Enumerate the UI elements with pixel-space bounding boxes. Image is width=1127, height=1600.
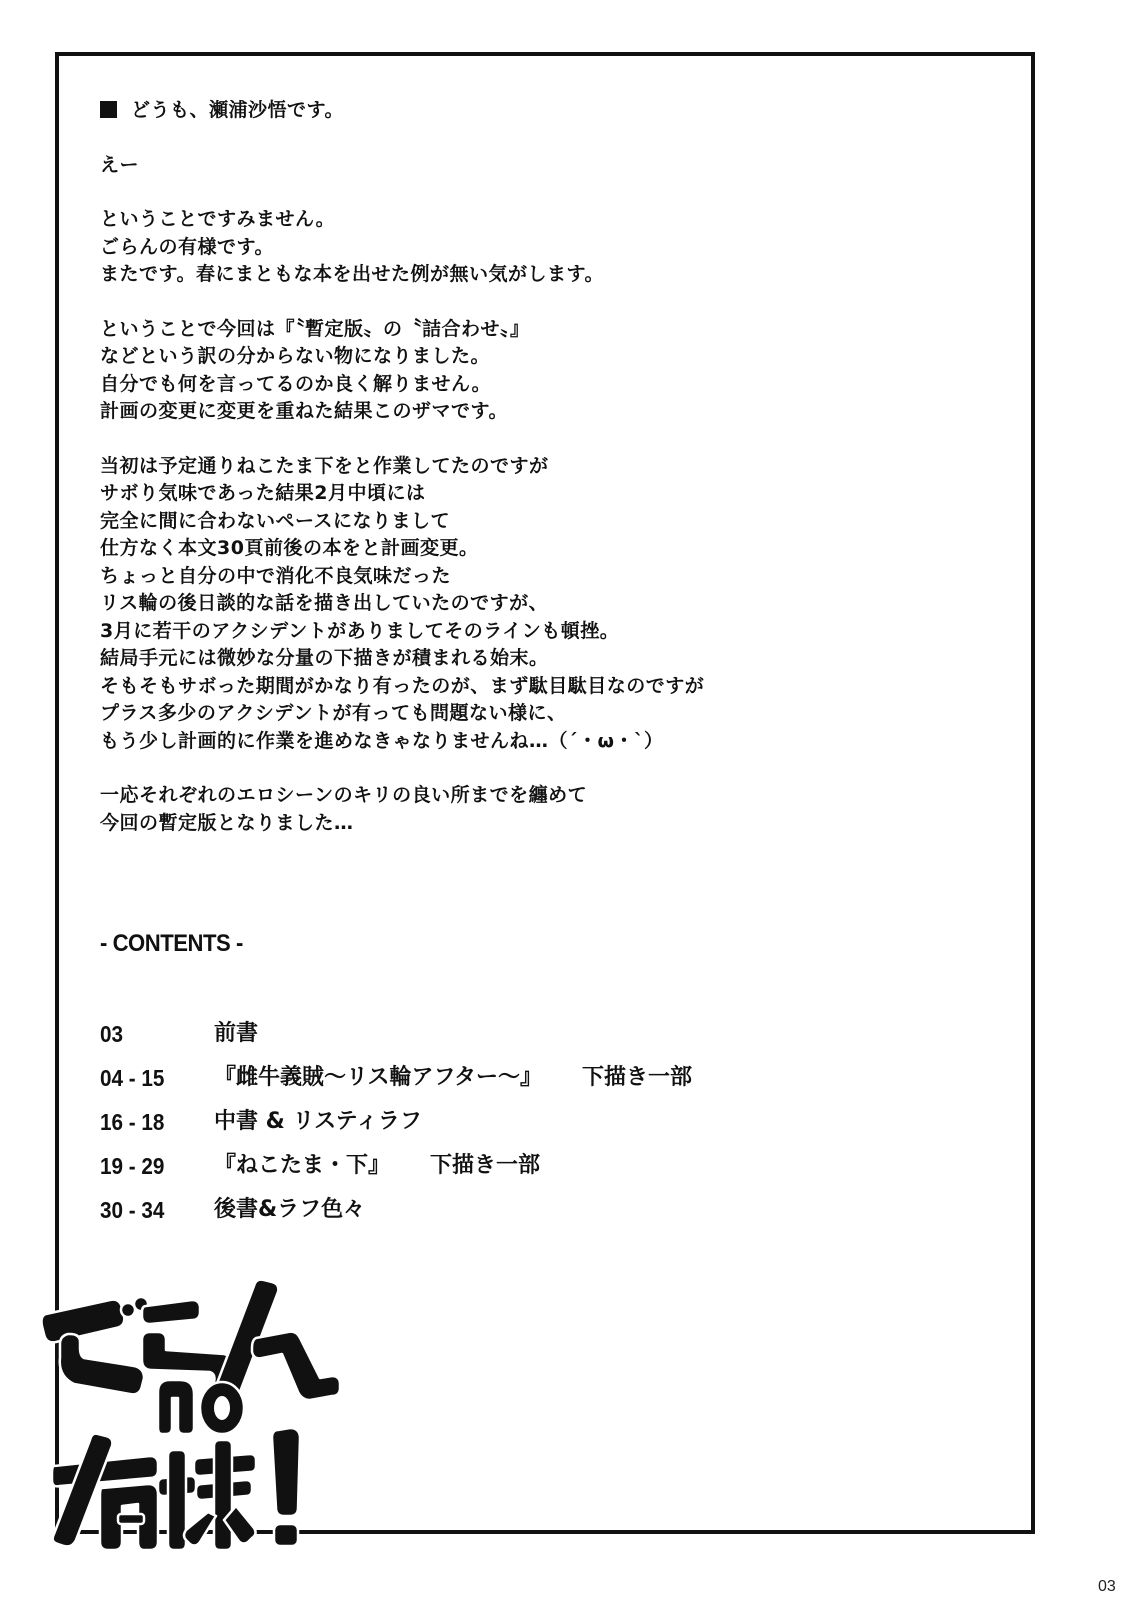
preface-line: 自分でも何を言ってるのか良く解りません。: [100, 371, 1000, 399]
preface-line: またです。春にまともな本を出せた例が無い気がします。: [100, 261, 1000, 289]
contents-title: - CONTENTS -: [100, 930, 243, 958]
preface-line: そもそもサボった期間がかなり有ったのが、まず駄目駄目なのですが: [100, 673, 1000, 701]
toc-entry-title: 中書 & リスティラフ: [214, 1109, 422, 1134]
preface-line: ちょっと自分の中で消化不良気味だった: [100, 563, 1000, 591]
preface-line: 結局手元には微妙な分量の下描きが積まれる始末。: [100, 645, 1000, 673]
preface-text: どうも、瀬浦沙悟です。 えーということですみません。ごらんの有様です。またです。…: [100, 97, 1000, 837]
preface-line: ごらんの有様です。: [100, 234, 1000, 262]
toc-title-group: 『ねこたま・下』下描き一部: [214, 1144, 540, 1188]
preface-paragraph: ということですみません。ごらんの有様です。またです。春にまともな本を出せた例が無…: [100, 206, 1000, 289]
toc-page-range: 19 - 29: [100, 1144, 164, 1188]
toc-entry-title: 前書: [214, 1021, 258, 1046]
preface-paragraph: 当初は予定通りねこたま下をと作業してたのですがサボり気味であった結果2月中頃には…: [100, 453, 1000, 756]
toc-page-range: 03: [100, 1012, 123, 1056]
toc-title-group: 前書: [214, 1012, 258, 1056]
toc-entry-note: 下描き一部: [430, 1153, 540, 1178]
preface-heading-text: どうも、瀬浦沙悟です。: [131, 99, 344, 121]
toc-page-range: 16 - 18: [100, 1100, 164, 1144]
black-square-icon: [100, 101, 117, 118]
preface-line: 当初は予定通りねこたま下をと作業してたのですが: [100, 453, 1000, 481]
toc-title-group: 『雌牛義賊〜リス輪アフター〜』下描き一部: [214, 1056, 692, 1100]
preface-paragraphs: えーということですみません。ごらんの有様です。またです。春にまともな本を出せた例…: [100, 152, 1000, 838]
toc-title-group: 後書&ラフ色々: [214, 1188, 365, 1232]
preface-line: えー: [100, 152, 1000, 180]
preface-paragraph: えー: [100, 152, 1000, 180]
preface-line: もう少し計画的に作業を進めなきゃなりませんね…（´・ω・`）: [100, 728, 1000, 756]
preface-line: 計画の変更に変更を重ねた結果このザマです。: [100, 398, 1000, 426]
preface-line: ということですみません。: [100, 206, 1000, 234]
preface-line: リス輪の後日談的な話を描き出していたのですが、: [100, 590, 1000, 618]
toc-title-group: 中書 & リスティラフ: [214, 1100, 422, 1144]
toc-entry-title: 『ねこたま・下』: [214, 1153, 390, 1178]
preface-line: サボり気味であった結果2月中頃には: [100, 480, 1000, 508]
preface-paragraph: 一応それぞれのエロシーンのキリの良い所までを纏めて今回の暫定版となりました…: [100, 782, 1000, 837]
preface-paragraph: ということで今回は『〝暫定版〟の〝詰合わせ〟』などという訳の分からない物になりま…: [100, 316, 1000, 426]
toc-entry-title: 『雌牛義賊〜リス輪アフター〜』: [214, 1065, 542, 1090]
toc-entry-title: 後書&ラフ色々: [214, 1197, 365, 1222]
preface-line: 仕方なく本文30頁前後の本をと計画変更。: [100, 535, 1000, 563]
page-number: 03: [1098, 1578, 1116, 1596]
preface-line: 今回の暫定版となりました…: [100, 810, 1000, 838]
preface-line: などという訳の分からない物になりました。: [100, 343, 1000, 371]
toc-entry-note: 下描き一部: [582, 1065, 692, 1090]
toc-page-range: 04 - 15: [100, 1056, 164, 1100]
preface-line: 完全に間に合わないペースになりまして: [100, 508, 1000, 536]
preface-heading: どうも、瀬浦沙悟です。: [100, 97, 1000, 125]
preface-line: 3月に若干のアクシデントがありましてそのラインも頓挫。: [100, 618, 1000, 646]
toc-page-range: 30 - 34: [100, 1188, 164, 1232]
preface-line: プラス多少のアクシデントが有っても問題ない様に、: [100, 700, 1000, 728]
preface-line: ということで今回は『〝暫定版〟の〝詰合わせ〟』: [100, 316, 1000, 344]
preface-line: 一応それぞれのエロシーンのキリの良い所までを纏めて: [100, 782, 1000, 810]
